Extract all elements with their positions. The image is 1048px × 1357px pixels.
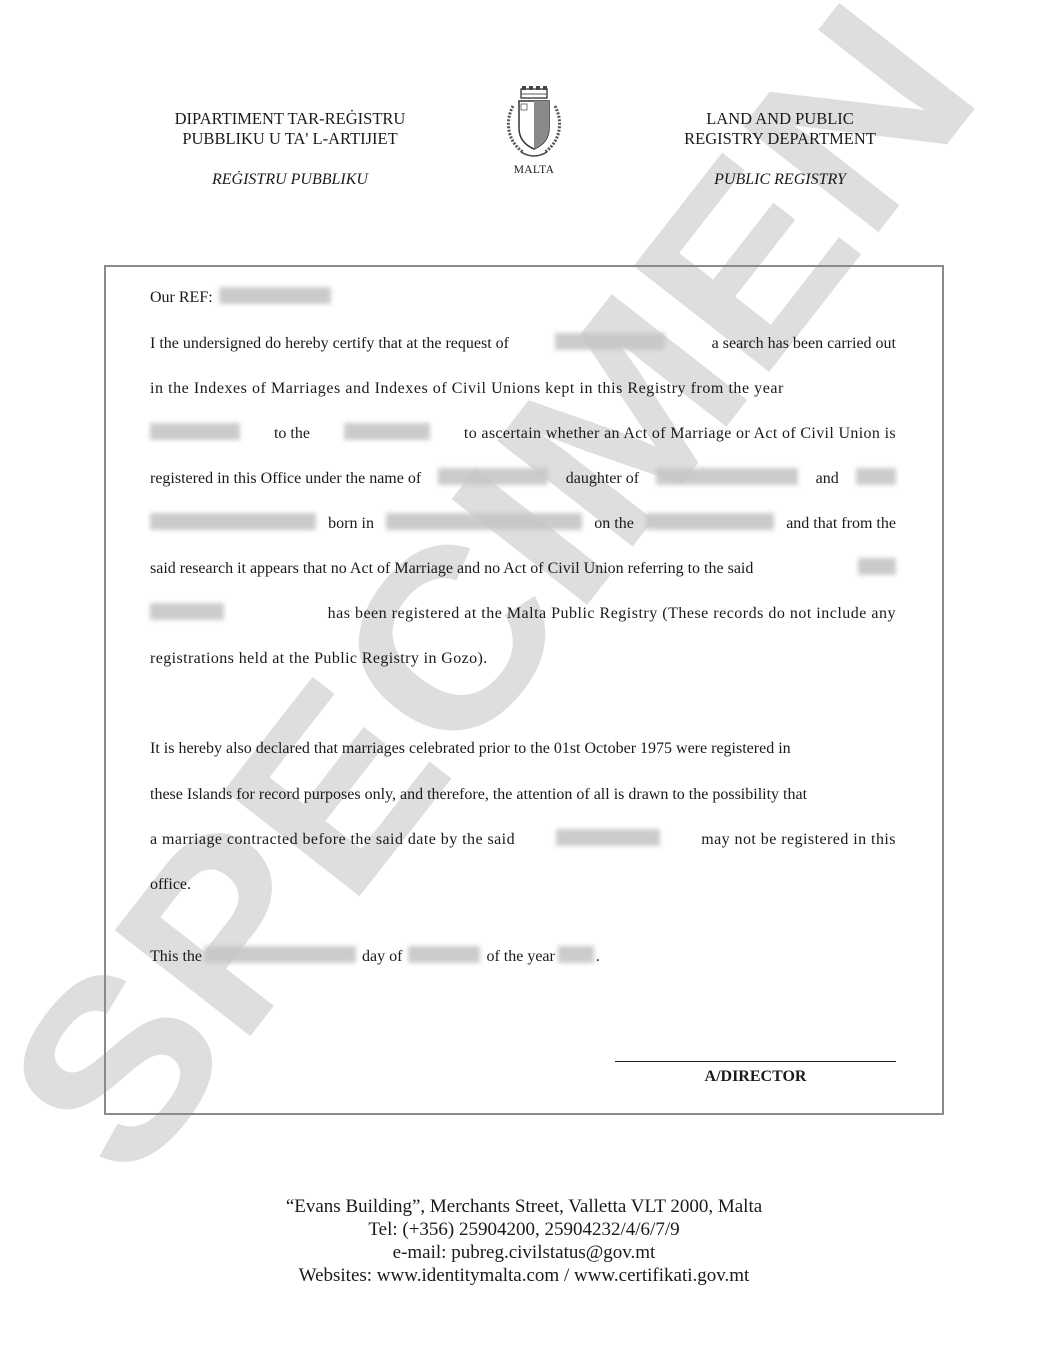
redacted-reference [219,287,331,304]
redacted-year [558,946,594,963]
text: It is hereby also declared that marriage… [150,738,791,760]
text: a search has been carried out [712,333,896,355]
text: This the [150,946,202,968]
text: these Islands for record purposes only, … [150,784,807,806]
text: has been registered at the Malta Public … [328,603,896,625]
text: registrations held at the Public Registr… [150,648,488,670]
para1-line3: to the to ascertain whether an Act of Ma… [150,423,896,445]
redacted-subject-name [438,468,548,485]
footer-telephone: Tel: (+356) 25904200, 25904232/4/6/7/9 [0,1218,1048,1241]
text: registered in this Office under the name… [150,468,421,490]
redacted-day [204,946,356,963]
dept-en-line1: LAND AND PUBLIC [640,109,920,129]
text: to the [274,423,310,445]
para2-line3: a marriage contracted before the said da… [150,829,896,851]
malta-coat-of-arms-icon [503,86,565,160]
redacted-birthplace [386,513,582,530]
redacted-mother-name-part2 [150,513,316,530]
para1-line5: born in on the and that from the [150,513,896,535]
para1-line6: said research it appears that no Act of … [150,558,896,580]
redacted-year-from [150,423,240,440]
registry-name-maltese: REĠISTRU PUBBLIKU [150,171,430,189]
ref-label: Our REF: [150,287,213,309]
para1-line8: registrations held at the Public Registr… [150,648,896,670]
para2-line1: It is hereby also declared that marriage… [150,738,896,760]
redacted-subject-name-part2 [150,603,224,620]
text: in the Indexes of Marriages and Indexes … [150,378,784,400]
footer-email: e-mail: pubreg.civilstatus@gov.mt [0,1241,1048,1264]
redacted-month [408,946,480,963]
redacted-birth-date [646,513,774,530]
redacted-subject-name-part1 [858,558,896,575]
text: and [816,468,839,490]
dept-mt-line2: PUBBLIKU U TA' L-ARTIJIET [150,129,430,149]
footer-address: “Evans Building”, Merchants Street, Vall… [0,1195,1048,1218]
para2-line2: these Islands for record purposes only, … [150,784,896,806]
redacted-father-name [656,468,798,485]
text: a marriage contracted before the said da… [150,829,515,851]
department-name-english: LAND AND PUBLIC REGISTRY DEPARTMENT [640,109,920,149]
department-name-maltese: DIPARTIMENT TAR-REĠISTRU PUBBLIKU U TA' … [150,109,430,149]
redacted-year-to [344,423,430,440]
para1-line7: has been registered at the Malta Public … [150,603,896,625]
text: said research it appears that no Act of … [150,558,753,580]
text: day of [362,946,402,968]
text: may not be registered in this [701,829,896,851]
registry-name-english: PUBLIC REGISTRY [640,171,920,189]
text: . [596,946,600,968]
contact-footer: “Evans Building”, Merchants Street, Vall… [0,1195,1048,1287]
dept-en-line2: REGISTRY DEPARTMENT [640,129,920,149]
reference-line: Our REF: [150,287,896,309]
para1-line1: I the undersigned do hereby certify that… [150,333,896,355]
text: I the undersigned do hereby certify that… [150,333,509,355]
text: office. [150,874,191,896]
text: on the [594,513,634,535]
text: to ascertain whether an Act of Marriage … [464,423,896,445]
text: of the year [486,946,554,968]
redacted-mother-name-part1 [856,468,896,485]
signature-line [615,1061,896,1062]
issue-date-line: This the day of of the year . [150,946,896,968]
signatory-title: A/DIRECTOR [615,1068,896,1086]
letterhead: DIPARTIMENT TAR-REĠISTRU PUBBLIKU U TA' … [0,0,1048,200]
para1-line2: in the Indexes of Marriages and Indexes … [150,378,896,400]
text: daughter of [566,468,639,490]
footer-websites: Websites: www.identitymalta.com / www.ce… [0,1264,1048,1287]
redacted-requester [555,333,665,350]
para2-line4: office. [150,874,896,896]
text: born in [328,513,374,535]
para1-line4: registered in this Office under the name… [150,468,896,490]
crest-label: MALTA [494,164,574,176]
text: and that from the [786,513,896,535]
dept-mt-line1: DIPARTIMENT TAR-REĠISTRU [150,109,430,129]
redacted-subject-name [556,829,660,846]
